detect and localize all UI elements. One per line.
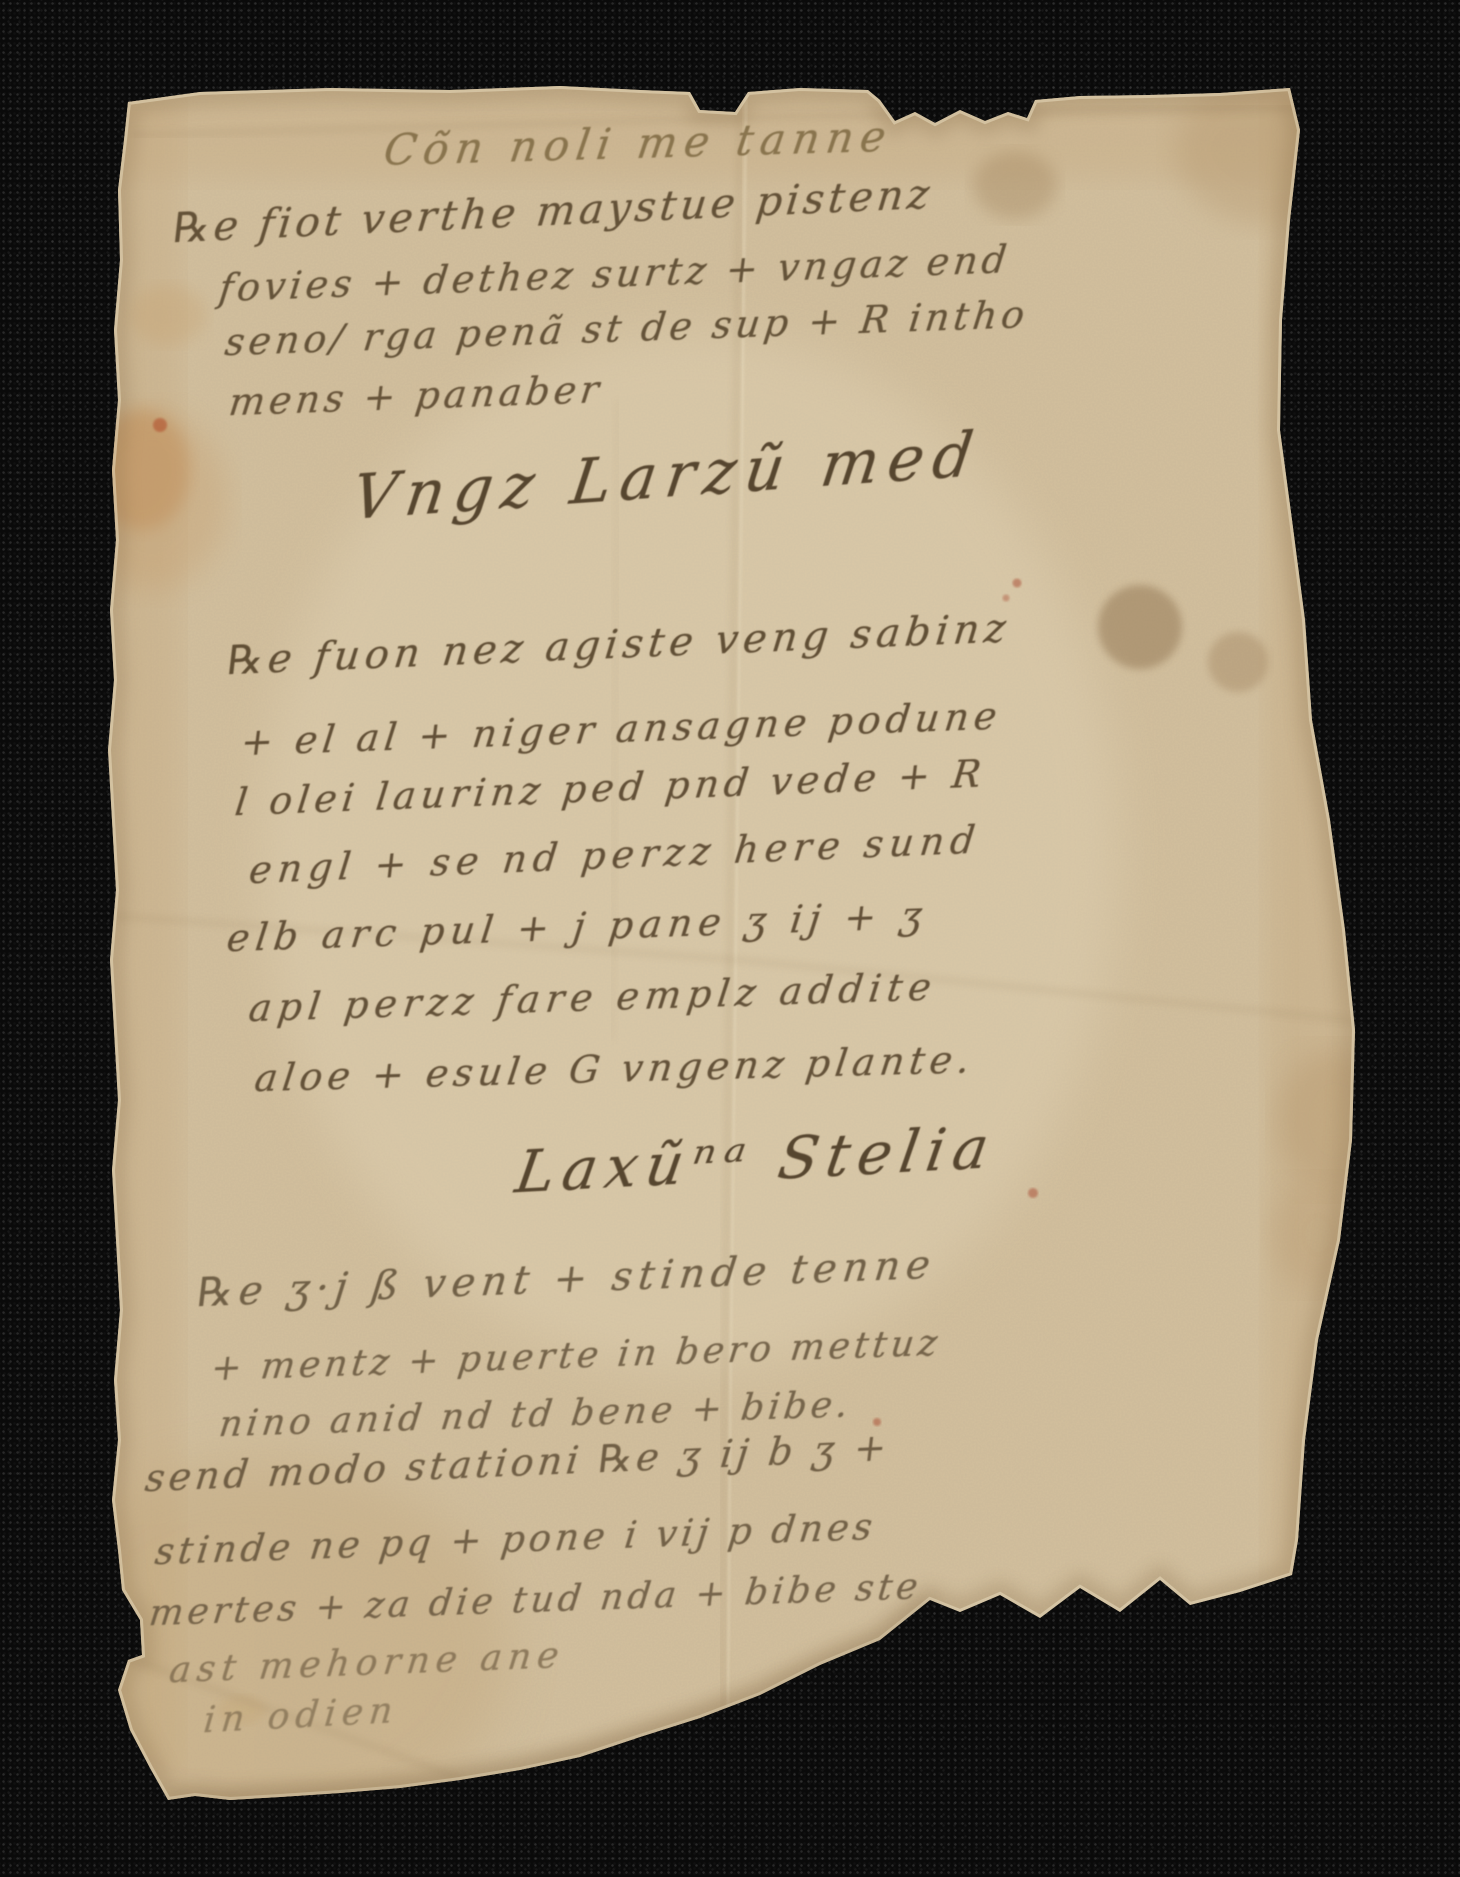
recipe-3-line-8-fragment: in odien xyxy=(202,1690,401,1741)
recipe-1-line-1: ℞e fiot verthe maystue pistenz xyxy=(171,169,936,252)
recipe-3-line-5: stinde ne pq + pone i vij p dnes xyxy=(153,1505,879,1573)
recipe-1-line-4: mens + panaber xyxy=(227,367,606,424)
recipe-2-line-2: + el al + niger ansagne podune xyxy=(239,693,1005,764)
recipe-2-line-7: aloe + esule G vngenz plante. xyxy=(252,1037,977,1100)
recipe-3-line-1: ℞e ʒ·j ß vent + stinde tenne xyxy=(194,1242,938,1317)
recipe-2-line-5: elb arc pul + j pane ʒ ij + ʒ xyxy=(224,893,930,960)
section-heading-1: Vngz Larzũ med xyxy=(348,418,986,534)
recipe-3-line-6: mertes + za die tud nda + bibe ste xyxy=(147,1566,924,1634)
recipe-2-line-6: apl perzz fare emplz addite xyxy=(246,964,939,1030)
recipe-2-line-1: ℞e fuon nez agiste veng sabinz xyxy=(225,605,1013,684)
recipe-3-line-7: ast mehorne ane xyxy=(167,1635,567,1691)
section-heading-2: Laxũⁿᵃ Stelia xyxy=(511,1113,1001,1207)
recipe-3-line-2: + mentz + puerte in bero mettuz xyxy=(209,1323,944,1390)
recipe-2-line-4: engl + se nd perzz here sund xyxy=(247,817,983,892)
handwritten-text-layer: Cõn noli me tanne ℞e fiot verthe maystue… xyxy=(0,0,1460,1877)
recipe-2-line-3: l olei laurinz ped pnd vede + R xyxy=(233,751,989,824)
photograph-backdrop: Cõn noli me tanne ℞e fiot verthe maystue… xyxy=(0,0,1460,1877)
title-line: Cõn noli me tanne xyxy=(381,112,896,175)
